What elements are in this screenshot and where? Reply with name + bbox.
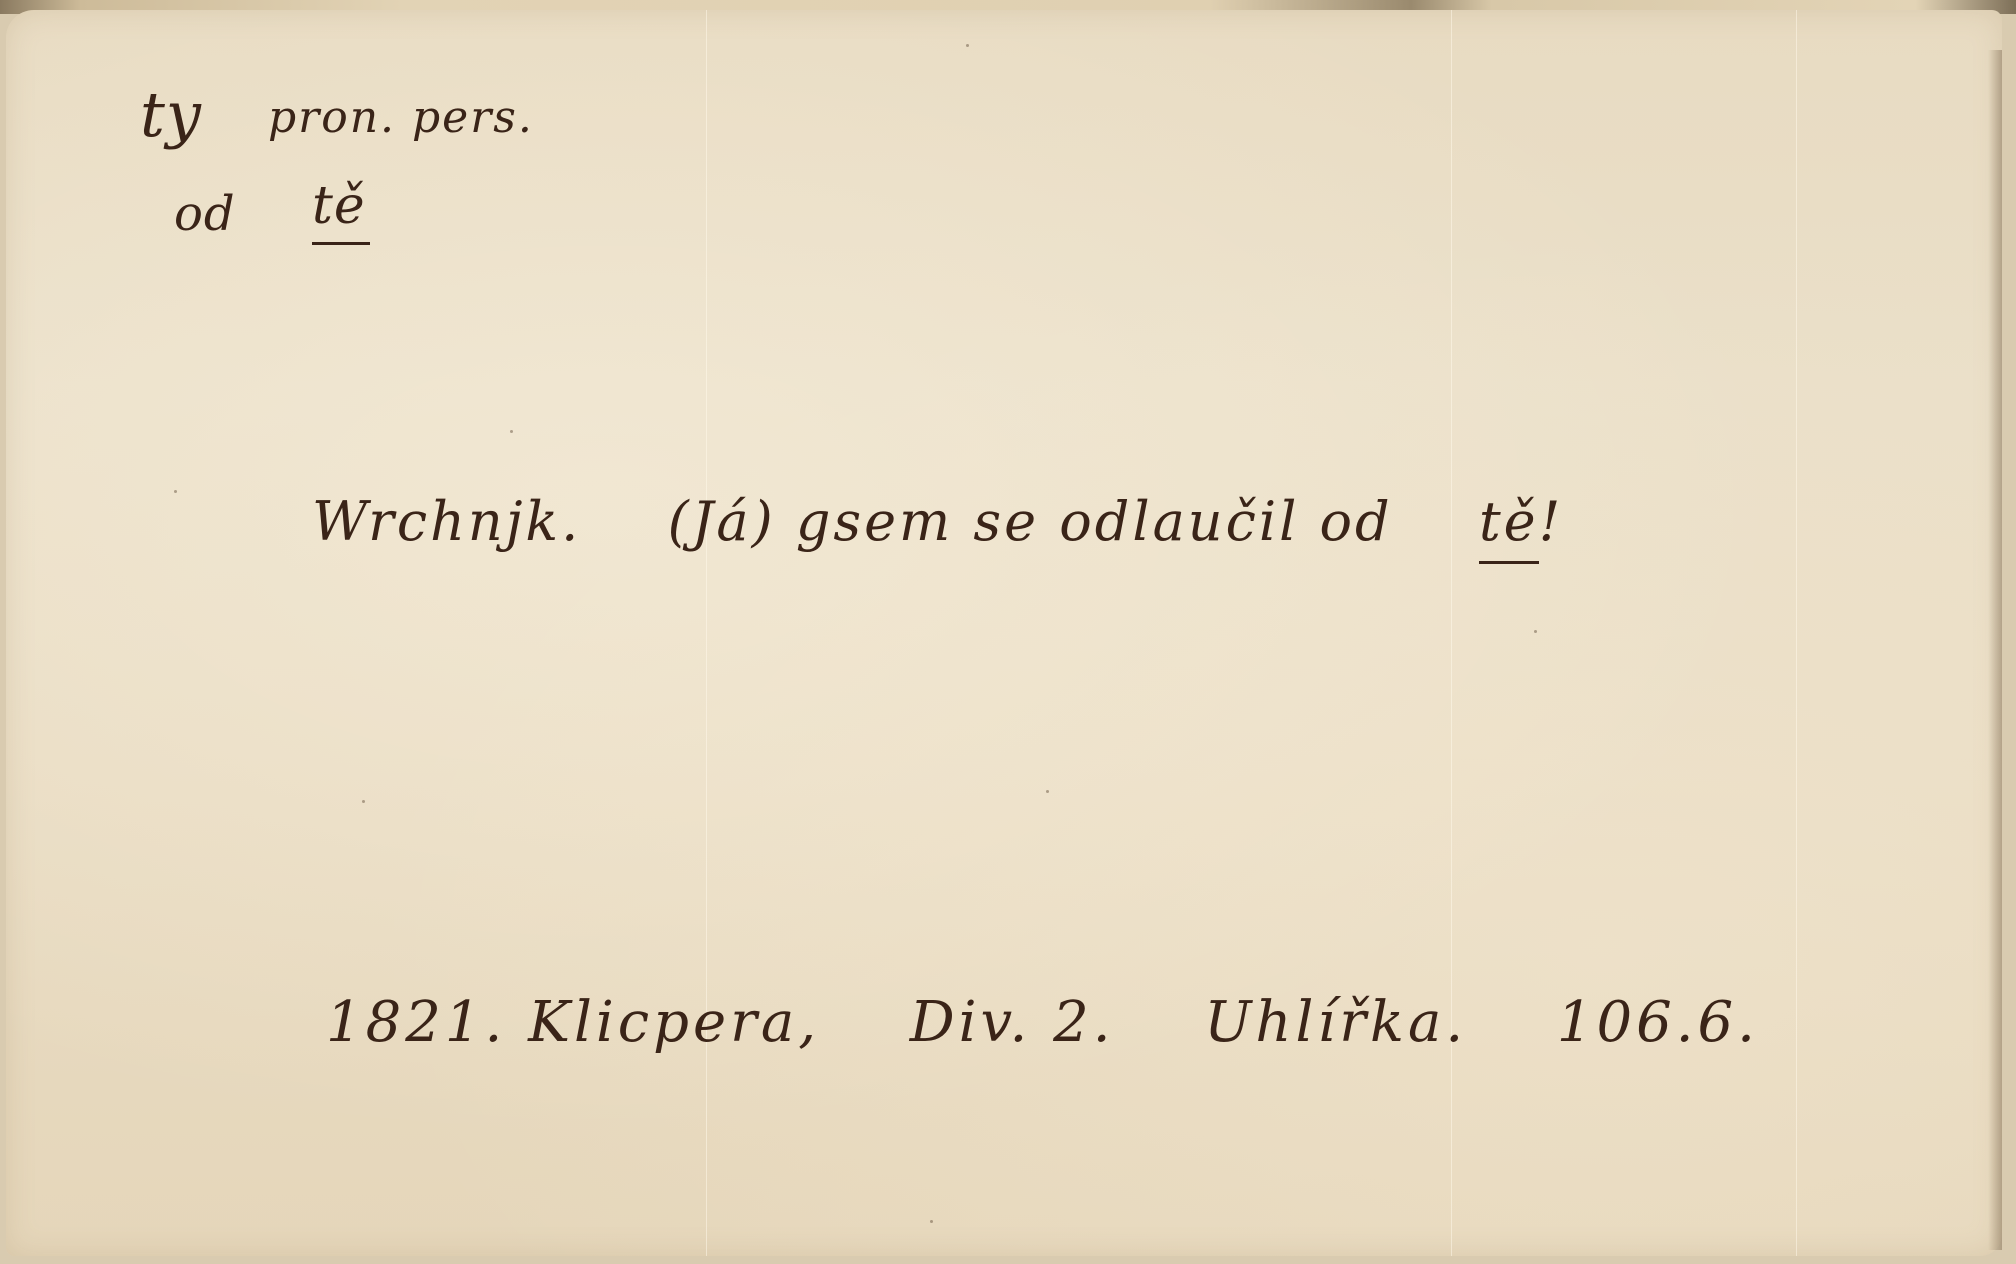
paper-texture-line xyxy=(1451,10,1452,1256)
paper-speck xyxy=(1534,630,1537,633)
source-page: 106.6. xyxy=(1557,990,1759,1055)
source-citation: 1821. Klicpera, Div. 2. Uhlířka. 106.6. xyxy=(326,990,1759,1055)
quotation-text: (Já) gsem se odlaučil od xyxy=(668,490,1393,553)
form-preposition: od xyxy=(174,186,236,242)
part-of-speech: pron. pers. xyxy=(268,92,534,143)
quotation-highlighted-word: tě xyxy=(1479,490,1539,564)
headword: ty xyxy=(140,78,202,151)
paper-speck xyxy=(966,44,969,47)
paper-texture-line xyxy=(706,10,707,1256)
scanned-slip-image: ty pron. pers. od tě Wrchnjk. (Já) gsem … xyxy=(0,0,2016,1264)
paper-speck xyxy=(1046,790,1049,793)
paper-speck xyxy=(362,800,365,803)
paper-texture-line xyxy=(1796,10,1797,1256)
paper-speck xyxy=(174,490,177,493)
index-card xyxy=(6,10,2002,1256)
quotation-speaker: Wrchnjk. xyxy=(312,490,581,553)
source-volume: Div. 2. xyxy=(910,990,1115,1055)
paper-speck xyxy=(930,1220,933,1223)
card-edge-shadow xyxy=(1988,50,2002,1250)
source-author: Klicpera, xyxy=(528,990,820,1055)
quotation: Wrchnjk. (Já) gsem se odlaučil od tě! xyxy=(312,490,1563,553)
quotation-end-punctuation: ! xyxy=(1539,490,1564,553)
paper-speck xyxy=(510,430,513,433)
form-word: tě xyxy=(312,176,370,245)
source-title: Uhlířka. xyxy=(1204,990,1467,1055)
source-year: 1821. xyxy=(326,990,506,1055)
